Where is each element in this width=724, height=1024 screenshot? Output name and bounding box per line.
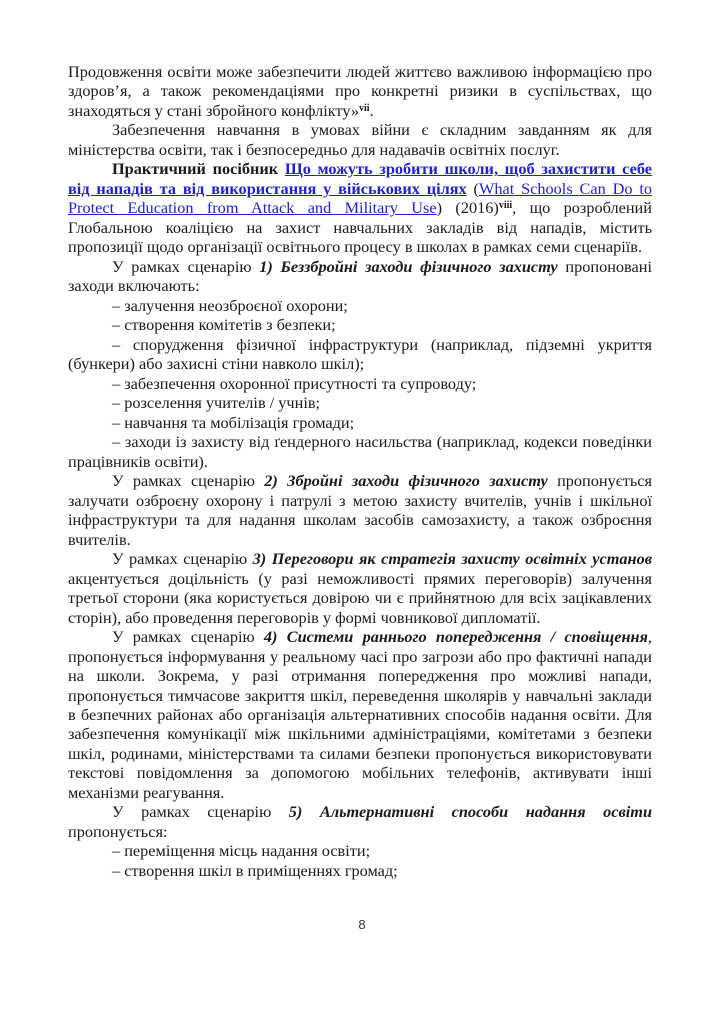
list-item: – створення комітетів з безпеки; (68, 315, 652, 334)
scenario-2-title: 2) Збройні заходи фізичного захисту (264, 471, 547, 490)
list-item: – заходи із захисту від ґендерного насил… (68, 432, 652, 471)
page-number: 8 (0, 917, 724, 932)
paragraph-scenario-2: У рамках сценарію 2) Збройні заходи фізи… (68, 471, 652, 549)
paragraph-scenario-3: У рамках сценарію 3) Переговори як страт… (68, 549, 652, 627)
paragraph-education-wartime: Забезпечення навчання в умовах війни є с… (68, 120, 652, 159)
list-item: – розселення учителів / учнів; (68, 393, 652, 412)
list-item: – спорудження фізичної інфраструктури (н… (68, 335, 652, 374)
paragraph-scenario-4: У рамках сценарію 4) Системи раннього по… (68, 627, 652, 802)
scenario-3-title: 3) Переговори як стратегія захисту освіт… (253, 549, 652, 568)
list-item: – забезпечення охоронної присутності та … (68, 374, 652, 393)
scenario-5-continuation: пропонується: (68, 822, 652, 841)
scenario-5-title: 5) Альтернативні способи надання освіти (289, 802, 652, 821)
document-page: Продовження освіти може забезпечити люде… (68, 62, 652, 880)
footnote-ref-vii[interactable]: vii (359, 103, 370, 114)
list-item: – переміщення місць надання освіти; (68, 841, 652, 860)
paragraph-scenario-5: У рамках сценарію 5) Альтернативні спосо… (68, 802, 652, 821)
paragraph-scenario-1: У рамках сценарію 1) Беззбройні заходи ф… (68, 257, 652, 296)
list-item: – залучення неозброєної охорони; (68, 296, 652, 315)
paragraph-health-info: Продовження освіти може забезпечити люде… (68, 62, 652, 120)
guide-lead: Практичний посібник (112, 159, 278, 178)
paragraph-practical-guide: Практичний посібник Що можуть зробити шк… (68, 159, 652, 256)
list-item: – навчання та мобілізація громади; (68, 413, 652, 432)
footnote-ref-viii[interactable]: viii (499, 200, 512, 211)
scenario-4-title: 4) Системи раннього попередження / спові… (264, 627, 648, 646)
list-item: – створення шкіл в приміщеннях громад; (68, 861, 652, 880)
scenario-1-title: 1) Беззбройні заходи фізичного захисту (259, 257, 557, 276)
